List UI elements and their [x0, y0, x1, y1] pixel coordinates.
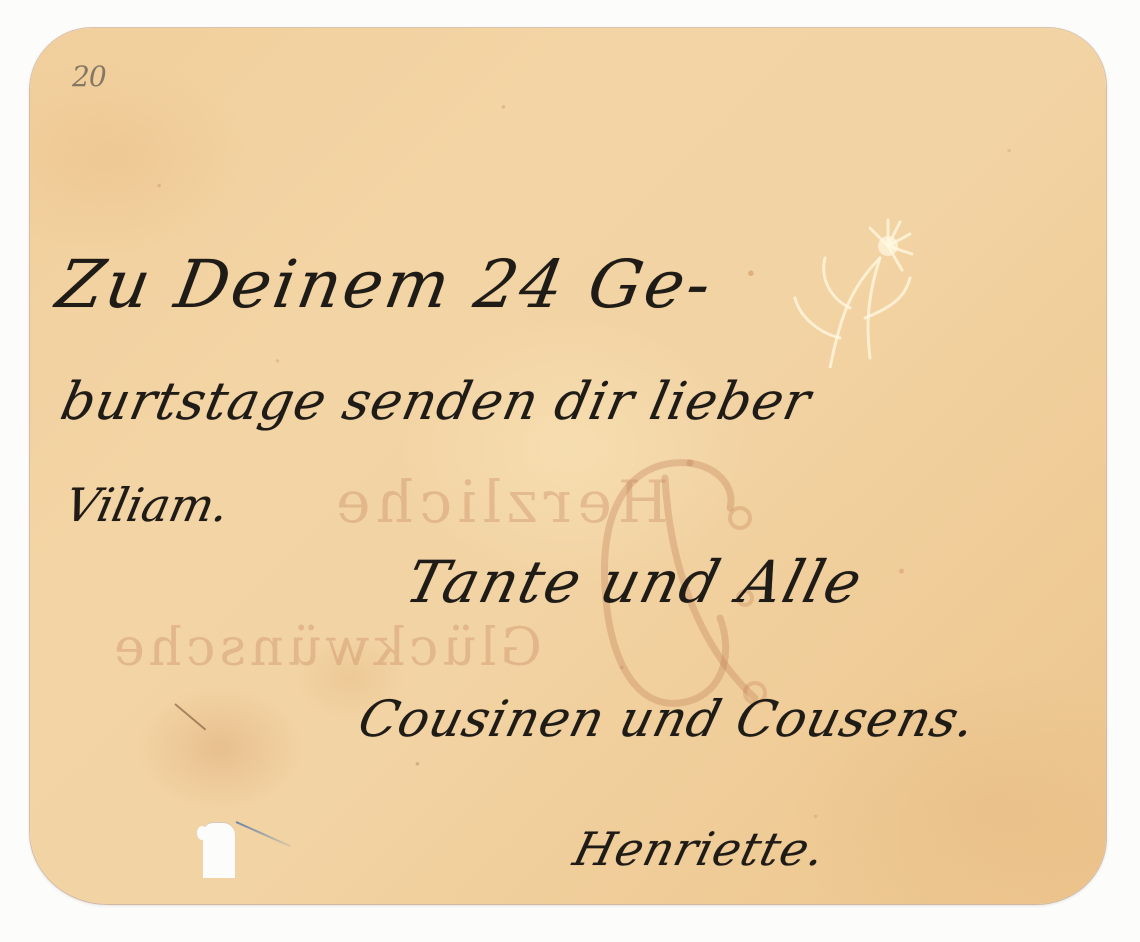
- handwritten-line: Zu Deinem 24 Ge-: [51, 246, 719, 323]
- greeting-card: Herzliche Glückwünsche: [30, 28, 1106, 904]
- handwritten-line: Cousinen und Cousens.: [353, 690, 982, 748]
- bleed-through-print-word: Glückwünsche: [110, 618, 542, 678]
- embossed-flower-icon: [770, 198, 970, 368]
- bleed-through-print-word: Herzliche: [330, 468, 668, 536]
- torn-edge-notch: [203, 822, 235, 878]
- handwritten-line: burtstage senden dir lieber: [56, 372, 817, 432]
- handwritten-line: Tante und Alle: [400, 548, 871, 616]
- handwritten-line: Viliam.: [60, 478, 234, 532]
- ink-smudge: [174, 703, 206, 730]
- signature: Henriette.: [568, 822, 831, 876]
- archive-number: 20: [72, 60, 106, 93]
